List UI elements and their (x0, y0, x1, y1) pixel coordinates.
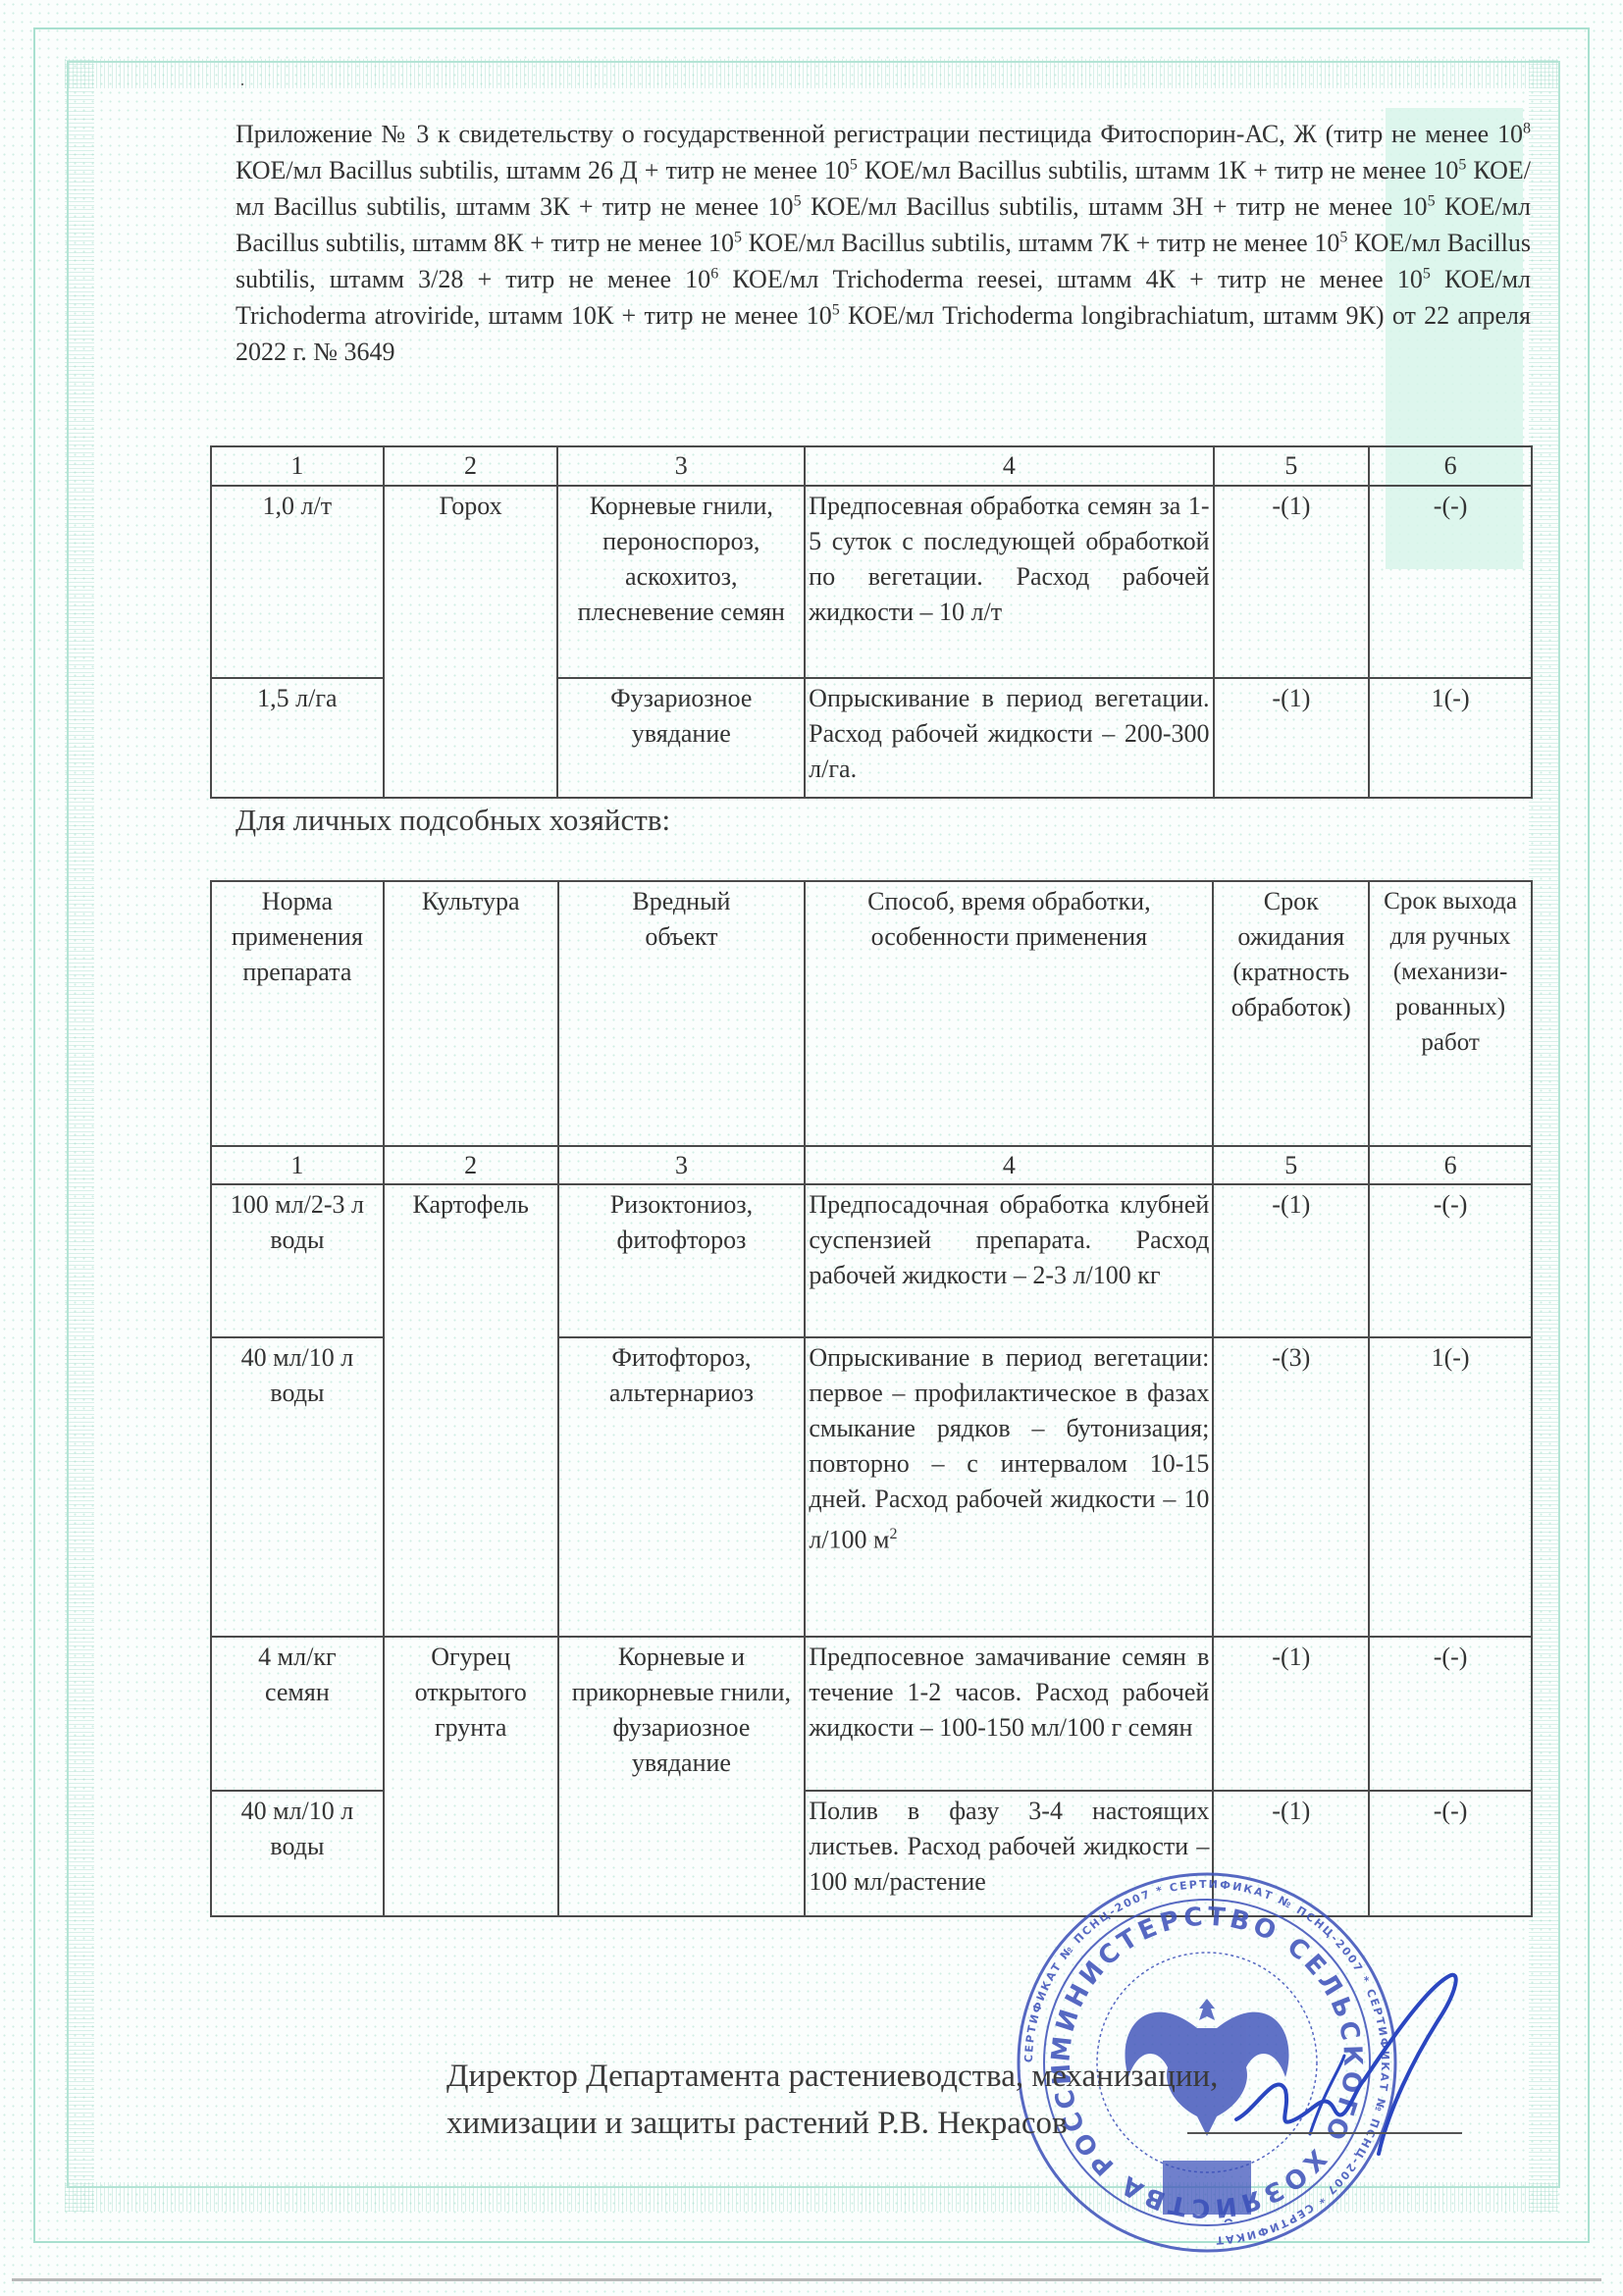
exponent: 8 (1523, 120, 1531, 136)
header-norm: Норма применения препарата (211, 881, 384, 1146)
norm-cell: 100 мл/2-3 л воды (211, 1184, 384, 1337)
header-culture: Культура (384, 881, 558, 1146)
norm-cell: 40 мл/10 л воды (211, 1791, 384, 1916)
waiting-period-cell: -(1) (1214, 486, 1370, 678)
norm-cell: 4 мл/кг семян (211, 1637, 384, 1791)
column-number: 6 (1369, 446, 1532, 486)
method-superscript: 2 (889, 1526, 897, 1542)
table-row: 100 мл/2-3 л воды Картофель Ризоктониоз,… (211, 1184, 1532, 1337)
method-cell: Предпосевная обработка семян за 1-5 суто… (805, 486, 1213, 678)
column-number-row: 1 2 3 4 5 6 (211, 1146, 1532, 1184)
method-cell: Опрыскивание в период вегетации. Расход … (805, 678, 1213, 798)
method-cell: Предпосевное замачивание семян в течение… (805, 1637, 1213, 1791)
norm-cell: 1,0 л/т (211, 486, 384, 678)
section-title: Для личных подсобных хозяйств: (236, 803, 670, 838)
scan-edge (12, 2278, 1601, 2281)
waiting-period-cell: -(1) (1213, 1637, 1369, 1791)
exponent: 5 (1458, 156, 1466, 173)
signatory-block: Директор Департамента растениеводства, м… (446, 2053, 1218, 2147)
appendix-heading: Приложение № 3 к свидетельству о государ… (236, 116, 1531, 370)
signature-line (1187, 2132, 1462, 2134)
method-cell: Предпосадочная обработка клубней суспенз… (805, 1184, 1213, 1337)
waiting-period-cell: -(1) (1213, 1184, 1369, 1337)
exit-period-cell: -(-) (1369, 1637, 1532, 1791)
column-number: 2 (384, 446, 558, 486)
exponent: 5 (1428, 192, 1436, 209)
header-method: Способ, время обработки, особенности при… (805, 881, 1213, 1146)
culture-cell: Картофель (384, 1184, 558, 1637)
exponent: 5 (832, 301, 840, 318)
waiting-period-cell: -(3) (1213, 1337, 1369, 1637)
signatory-title: Директор Департамента растениеводства, м… (446, 2053, 1218, 2100)
exit-period-cell: -(-) (1369, 1184, 1532, 1337)
exit-period-cell: 1(-) (1369, 678, 1532, 798)
column-number: 2 (384, 1146, 558, 1184)
column-number: 4 (805, 1146, 1213, 1184)
culture-cell: Горох (384, 486, 558, 798)
pest-cell: Корневые гнили, пероноспороз, аскохитоз,… (557, 486, 805, 678)
method-text: Опрыскивание в период вегетации: первое … (809, 1343, 1209, 1554)
table-row: 1,0 л/т Горох Корневые гнили, пероноспор… (211, 486, 1532, 678)
pest-cell: Фузариозное увядание (557, 678, 805, 798)
norm-cell: 1,5 л/га (211, 678, 384, 798)
exponent: 5 (850, 156, 858, 173)
regulations-table-continuation: 1 2 3 4 5 6 1,0 л/т Горох Корневые гнили… (210, 445, 1533, 799)
header-pest: Вредный объект (558, 881, 806, 1146)
pest-cell: Ризоктониоз, фитофтороз (558, 1184, 806, 1337)
personal-farms-table: Норма применения препарата Культура Вред… (210, 880, 1533, 1917)
exponent: 6 (710, 265, 718, 282)
table-row: 4 мл/кг семян Огурец открытого грунта Ко… (211, 1637, 1532, 1791)
waiting-period-cell: -(1) (1214, 678, 1370, 798)
handwritten-signature-icon (1217, 1962, 1472, 2168)
pest-cell: Фитофтороз, альтернариоз (558, 1337, 806, 1637)
exit-period-cell: -(-) (1369, 486, 1532, 678)
column-number: 3 (558, 1146, 806, 1184)
exit-period-cell: 1(-) (1369, 1337, 1532, 1637)
column-number: 6 (1369, 1146, 1532, 1184)
pest-cell: Корневые и прикорневые гнили, фузариозно… (558, 1637, 806, 1916)
column-number: 4 (805, 446, 1213, 486)
scan-mark: · (239, 75, 245, 95)
column-number: 1 (211, 446, 384, 486)
column-number: 5 (1213, 1146, 1369, 1184)
column-number: 5 (1214, 446, 1370, 486)
header-waiting: Срок ожидания (кратность обработок) (1213, 881, 1369, 1146)
column-number: 1 (211, 1146, 384, 1184)
norm-cell: 40 мл/10 л воды (211, 1337, 384, 1637)
exponent: 5 (1339, 229, 1347, 245)
exponent: 5 (794, 192, 802, 209)
culture-cell: Огурец открытого грунта (384, 1637, 558, 1916)
method-cell: Опрыскивание в период вегетации: первое … (805, 1337, 1213, 1637)
column-number-row: 1 2 3 4 5 6 (211, 446, 1532, 486)
column-number: 3 (557, 446, 805, 486)
header-row: Норма применения препарата Культура Вред… (211, 881, 1532, 1146)
exponent: 5 (1423, 265, 1431, 282)
signatory-name: химизации и защиты растений Р.В. Некрасо… (446, 2100, 1218, 2147)
exponent: 5 (734, 229, 742, 245)
header-exit: Срок выхода для ручных (механизи-рованны… (1369, 881, 1532, 1146)
